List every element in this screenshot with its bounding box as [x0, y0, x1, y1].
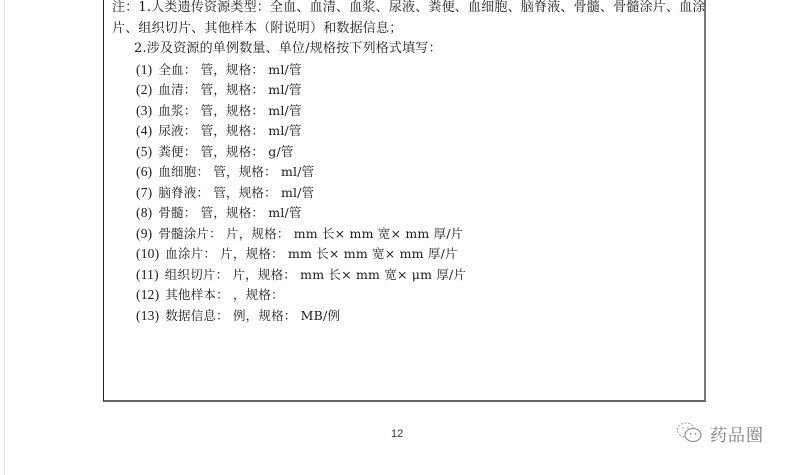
item-number: (11) [136, 265, 159, 286]
item-text: 全血： 管，规格： ml/管 [158, 62, 301, 77]
item-text: 骨髓： 管，规格： ml/管 [158, 205, 301, 220]
item-number: (10) [136, 244, 159, 265]
item-number: (13) [136, 306, 159, 327]
item-number: (6) [136, 162, 152, 183]
item-number: (9) [136, 224, 152, 245]
note-intro-line-2: 片、组织切片、其他样本（附说明）和数据信息； [112, 19, 696, 40]
item-text: 血细胞： 管，规格： ml/管 [158, 164, 314, 179]
item-text: 骨髓涂片： 片，规格： mm 长× mm 宽× mm 厚/片 [158, 226, 463, 241]
page-edge-line [4, 0, 5, 475]
page-number: 12 [391, 428, 403, 440]
item-text: 粪便： 管，规格： g/管 [158, 144, 293, 159]
item-text: 血清： 管，规格： ml/管 [158, 82, 301, 97]
item-number: (1) [136, 60, 152, 81]
list-item: (13)数据信息： 例，规格： MB/例 [112, 306, 696, 327]
list-item: (6)血细胞： 管，规格： ml/管 [112, 162, 696, 183]
item-text: 其他样本： ，规格： [165, 287, 283, 302]
list-item: (12)其他样本： ，规格： [112, 285, 696, 306]
note-intro-line-3: 2.涉及资源的单例数量、单位/规格按下列格式填写： [112, 39, 696, 60]
item-text: 组织切片： 片，规格： mm 长× mm 宽× μm 厚/片 [165, 267, 466, 282]
item-number: (7) [136, 183, 152, 204]
notes-content: 注：1.人类遗传资源类型：全血、血清、血浆、尿液、粪便、血细胞、脑脊液、骨髓、骨… [112, 0, 696, 326]
item-text: 尿液： 管，规格： ml/管 [158, 123, 301, 138]
watermark: 药品圈 [676, 420, 764, 446]
item-number: (5) [136, 142, 152, 163]
item-text: 血涂片： 片，规格： mm 长× mm 宽× mm 厚/片 [165, 246, 457, 261]
list-item: (11)组织切片： 片，规格： mm 长× mm 宽× μm 厚/片 [112, 265, 696, 286]
item-text: 血浆： 管，规格： ml/管 [158, 103, 301, 118]
note-intro-line-1: 注：1.人类遗传资源类型：全血、血清、血浆、尿液、粪便、血细胞、脑脊液、骨髓、骨… [112, 0, 696, 19]
notes-box: 注：1.人类遗传资源类型：全血、血清、血浆、尿液、粪便、血细胞、脑脊液、骨髓、骨… [103, 0, 706, 402]
item-text: 数据信息： 例，规格： MB/例 [165, 308, 340, 323]
list-item: (3)血浆： 管，规格： ml/管 [112, 101, 696, 122]
list-item: (9)骨髓涂片： 片，规格： mm 长× mm 宽× mm 厚/片 [112, 224, 696, 245]
item-text: 脑脊液： 管，规格： ml/管 [158, 185, 314, 200]
item-number: (4) [136, 121, 152, 142]
list-item: (4)尿液： 管，规格： ml/管 [112, 121, 696, 142]
list-item: (10)血涂片： 片，规格： mm 长× mm 宽× mm 厚/片 [112, 244, 696, 265]
item-number: (3) [136, 101, 152, 122]
item-number: (2) [136, 80, 152, 101]
wechat-icon [676, 420, 704, 446]
list-item: (5)粪便： 管，规格： g/管 [112, 142, 696, 163]
item-number: (8) [136, 203, 152, 224]
list-item: (8)骨髓： 管，规格： ml/管 [112, 203, 696, 224]
watermark-text: 药品圈 [710, 421, 764, 446]
list-item: (1)全血： 管，规格： ml/管 [112, 60, 696, 81]
list-item: (7)脑脊液： 管，规格： ml/管 [112, 183, 696, 204]
item-number: (12) [136, 285, 159, 306]
list-item: (2)血清： 管，规格： ml/管 [112, 80, 696, 101]
